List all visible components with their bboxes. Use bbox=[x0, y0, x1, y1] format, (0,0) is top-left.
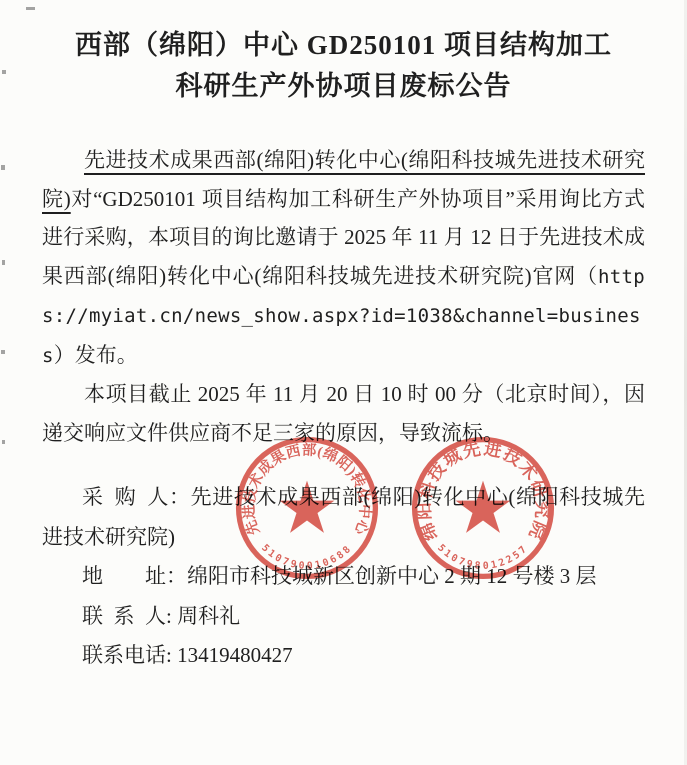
contact-line-phone: 联系电话: 13419480427 bbox=[42, 636, 645, 676]
scan-speck bbox=[2, 70, 6, 74]
contact-phone-label: 联系电话: bbox=[82, 643, 177, 667]
paragraph-deadline: 本项目截止 2025 年 11 月 20 日 10 时 00 分（北京时间），因… bbox=[42, 375, 645, 452]
scan-speck bbox=[2, 260, 5, 265]
contact-section: 采 购 人：先进技术成果西部(绵阳)转化中心(绵阳科技城先进技术研究院) 地 址… bbox=[42, 478, 645, 676]
contact-phone-value: 13419480427 bbox=[177, 643, 293, 667]
document-body: 先进技术成果西部(绵阳)转化中心(绵阳科技城先进技术研究院)对“GD250101… bbox=[42, 141, 645, 452]
document-title-line1: 西部（绵阳）中心 GD250101 项目结构加工 bbox=[30, 25, 657, 66]
contact-line-purchaser: 采 购 人：先进技术成果西部(绵阳)转化中心(绵阳科技城先进技术研究院) bbox=[42, 478, 645, 557]
scanned-document-page: 西部（绵阳）中心 GD250101 项目结构加工 科研生产外协项目废标公告 先进… bbox=[0, 0, 687, 765]
scan-speck bbox=[1, 165, 5, 170]
contact-line-person: 联 系 人: 周科礼 bbox=[42, 597, 645, 637]
purchaser-label: 采 购 人： bbox=[82, 485, 191, 509]
paragraph-announcement: 先进技术成果西部(绵阳)转化中心(绵阳科技城先进技术研究院)对“GD250101… bbox=[42, 141, 645, 375]
contact-person-value: 周科礼 bbox=[177, 604, 240, 628]
paragraph-announcement-tail: ）发布。 bbox=[54, 343, 138, 367]
address-label: 地 址： bbox=[82, 564, 187, 588]
address-value: 绵阳市科技城新区创新中心 2 期 12 号楼 3 层 bbox=[187, 564, 597, 588]
scan-speck bbox=[26, 7, 35, 10]
contact-line-address: 地 址：绵阳市科技城新区创新中心 2 期 12 号楼 3 层 bbox=[42, 557, 645, 597]
scan-speck bbox=[2, 440, 5, 444]
document-title: 西部（绵阳）中心 GD250101 项目结构加工 科研生产外协项目废标公告 bbox=[30, 25, 657, 107]
contact-person-label: 联 系 人: bbox=[82, 604, 177, 628]
document-title-line2: 科研生产外协项目废标公告 bbox=[30, 66, 657, 107]
paragraph-announcement-text: 对“GD250101 项目结构加工科研生产外协项目”采用询比方式进行采购，本项目… bbox=[42, 187, 645, 288]
scan-speck bbox=[1, 350, 5, 354]
